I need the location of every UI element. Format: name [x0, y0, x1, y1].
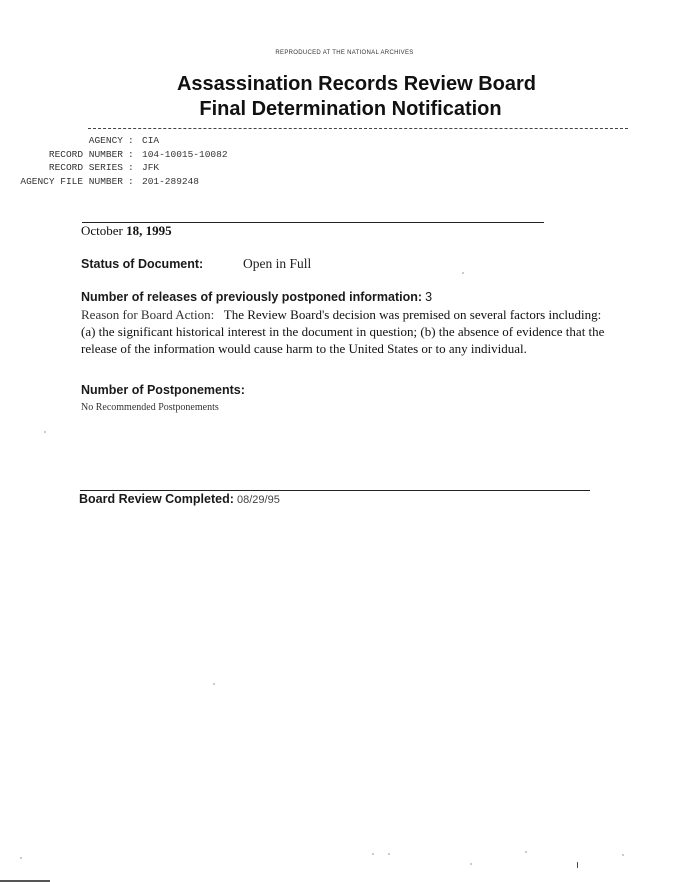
archives-stamp: REPRODUCED AT THE NATIONAL ARCHIVES	[0, 50, 689, 56]
meta-value: 201-289248	[142, 175, 199, 189]
reason-label: Reason for Board Action:	[81, 307, 214, 322]
releases-row: Number of releases of previously postpon…	[81, 290, 432, 305]
review-divider	[80, 490, 590, 491]
meta-label: AGENCY FILE NUMBER	[0, 175, 123, 189]
reason-paragraph: Reason for Board Action: The Review Boar…	[81, 306, 611, 357]
document-subtitle: Final Determination Notification	[0, 98, 689, 121]
scan-speck	[525, 851, 527, 853]
meta-separator: :	[128, 175, 134, 189]
scan-speck	[462, 272, 464, 274]
board-review-row: Board Review Completed: 08/29/95	[79, 492, 280, 507]
meta-label: AGENCY	[0, 134, 123, 148]
scan-speck	[470, 863, 472, 865]
postponements-label: Number of Postponements:	[81, 383, 245, 397]
record-metadata: AGENCY : CIA RECORD NUMBER : 104-10015-1…	[0, 134, 420, 194]
scan-speck	[372, 853, 374, 855]
board-review-date: 08/29/95	[237, 494, 280, 506]
meta-separator: :	[128, 134, 134, 148]
date-day-year: 18, 1995	[126, 223, 172, 238]
meta-label: RECORD SERIES	[0, 161, 123, 175]
scan-speck	[622, 854, 624, 856]
notification-date: October 18, 1995	[81, 223, 172, 239]
meta-value: CIA	[142, 134, 159, 148]
meta-value: JFK	[142, 161, 159, 175]
scan-speck	[388, 853, 390, 855]
meta-value: 104-10015-10082	[142, 148, 228, 162]
document-title: Assassination Records Review Board	[0, 73, 689, 96]
releases-value: 3	[425, 290, 432, 304]
meta-label: RECORD NUMBER	[0, 148, 123, 162]
meta-separator: :	[128, 148, 134, 162]
scan-speck	[577, 862, 578, 868]
status-value: Open in Full	[243, 256, 311, 272]
releases-label: Number of releases of previously postpon…	[81, 290, 422, 304]
scan-speck	[213, 683, 215, 685]
scan-speck	[20, 857, 22, 859]
status-label: Status of Document:	[81, 257, 203, 271]
meta-separator: :	[128, 161, 134, 175]
date-month: October	[81, 223, 123, 238]
postponements-value: No Recommended Postponements	[81, 402, 219, 413]
header-divider	[88, 128, 628, 129]
board-review-label: Board Review Completed:	[79, 492, 234, 506]
scan-speck	[44, 431, 46, 433]
